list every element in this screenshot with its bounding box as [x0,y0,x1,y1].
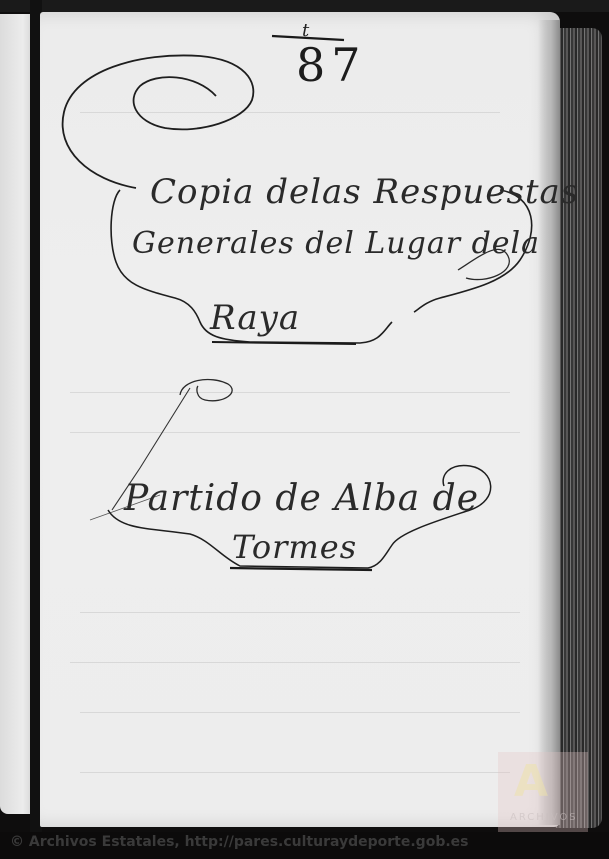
manuscript-scan: t 87 Copia delas Respuestas Generales de… [0,0,609,859]
calligraphic-flourishes [0,0,609,859]
copyright-watermark: © Archivos Estatales, http://pares.cultu… [10,834,469,850]
archive-logo-icon: A [514,756,548,807]
archive-logo-label: ARCHIVOS [510,812,578,823]
title-line-2: Generales del Lugar dela [132,226,540,261]
archive-logo: A ARCHIVOS [498,752,588,832]
title-line-3: Raya [210,298,300,338]
subtitle-line-1: Partido de Alba de [124,478,479,519]
title-line-1: Copia delas Respuestas [150,172,579,212]
subtitle-line-2: Tormes [232,528,357,566]
folio-number: 87 [296,38,367,92]
